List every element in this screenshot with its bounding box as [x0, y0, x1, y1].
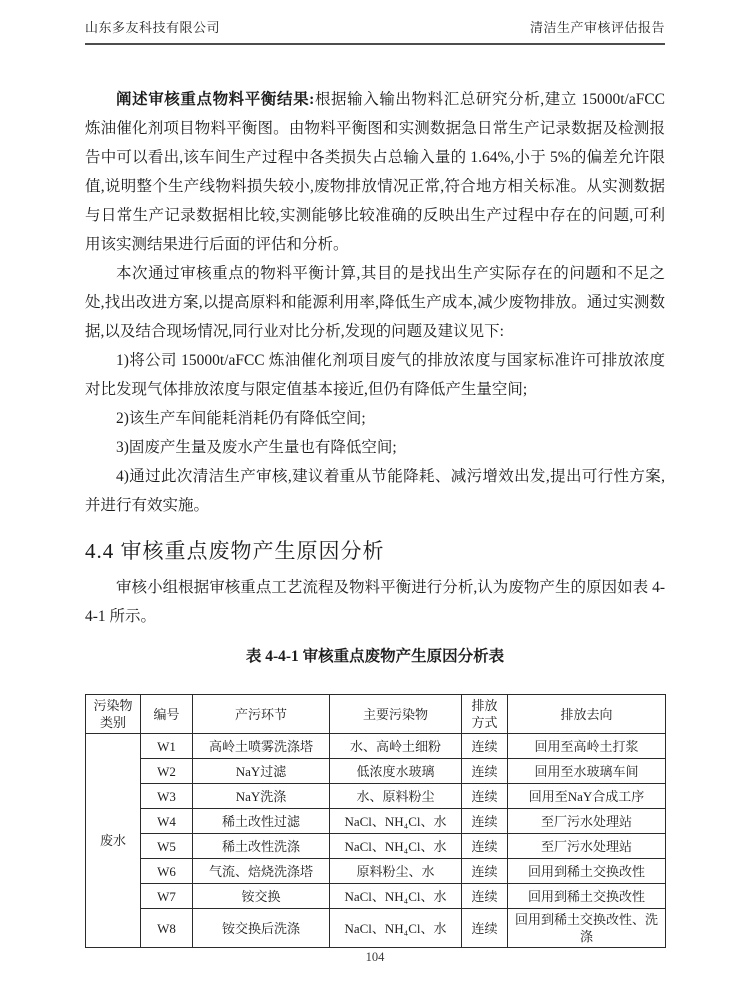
cell-mode: 连续 [462, 784, 508, 809]
cell-pollutants: 原料粉尘、水 [330, 859, 462, 884]
col-header-process: 产污环节 [193, 695, 330, 734]
page-header: 山东多友科技有限公司 清洁生产审核评估报告 [85, 0, 665, 45]
page-number: 104 [0, 950, 750, 965]
cell-destination: 至厂污水处理站 [508, 809, 666, 834]
paragraph-audit-purpose: 本次通过审核重点的物料平衡计算,其目的是找出生产实际存在的问题和不足之处,找出改… [85, 259, 665, 346]
list-item-2: 2)该生产车间能耗消耗仍有降低空间; [85, 404, 665, 433]
cell-id: W2 [141, 759, 193, 784]
list-item-1: 1)将公司 15000t/aFCC 炼油催化剂项目废气的排放浓度与国家标准许可排… [85, 346, 665, 404]
cell-process: 铵交换 [193, 884, 330, 909]
cell-mode: 连续 [462, 909, 508, 948]
table-row: W7 铵交换 NaCl、NH₄Cl、水 连续 回用到稀土交换改性 [86, 884, 666, 909]
cell-process: 高岭土喷雾洗涤塔 [193, 734, 330, 759]
col-header-id: 编号 [141, 695, 193, 734]
document-page: 山东多友科技有限公司 清洁生产审核评估报告 阐述审核重点物料平衡结果:根据输入输… [0, 0, 750, 992]
cell-id: W1 [141, 734, 193, 759]
cell-pollutants: 水、原料粉尘 [330, 784, 462, 809]
cell-process: NaY洗涤 [193, 784, 330, 809]
col-header-destination: 排放去向 [508, 695, 666, 734]
cell-id: W3 [141, 784, 193, 809]
cell-mode: 连续 [462, 834, 508, 859]
cell-pollutants: 水、高岭土细粉 [330, 734, 462, 759]
cell-destination: 回用到稀土交换改性 [508, 884, 666, 909]
section-intro: 审核小组根据审核重点工艺流程及物料平衡进行分析,认为废物产生的原因如表 4-4-… [85, 573, 665, 631]
table-header-row: 污染物 类别 编号 产污环节 主要污染物 排放 方式 排放去向 [86, 695, 666, 734]
table-row: 废水 W1 高岭土喷雾洗涤塔 水、高岭土细粉 连续 回用至高岭土打浆 [86, 734, 666, 759]
list-item-4: 4)通过此次清洁生产审核,建议着重从节能降耗、减污增效出发,提出可行性方案,并进… [85, 462, 665, 520]
cell-process: 铵交换后洗涤 [193, 909, 330, 948]
cell-process: NaY过滤 [193, 759, 330, 784]
table-row: W2 NaY过滤 低浓度水玻璃 连续 回用至水玻璃车间 [86, 759, 666, 784]
category-cell-wastewater: 废水 [86, 734, 141, 948]
cell-pollutants: NaCl、NH₄Cl、水 [330, 834, 462, 859]
cell-destination: 至厂污水处理站 [508, 834, 666, 859]
table-row: W5 稀土改性洗涤 NaCl、NH₄Cl、水 连续 至厂污水处理站 [86, 834, 666, 859]
cell-destination: 回用到稀土交换改性 [508, 859, 666, 884]
cell-id: W7 [141, 884, 193, 909]
cell-destination: 回用到稀土交换改性、洗涤 [508, 909, 666, 948]
body-text: 阐述审核重点物料平衡结果:根据输入输出物料汇总研究分析,建立 15000t/aF… [85, 85, 665, 520]
cell-mode: 连续 [462, 734, 508, 759]
col-header-category: 污染物 类别 [86, 695, 141, 734]
list-item-3: 3)固废产生量及废水产生量也有降低空间; [85, 433, 665, 462]
cell-destination: 回用至水玻璃车间 [508, 759, 666, 784]
cell-pollutants: 低浓度水玻璃 [330, 759, 462, 784]
cell-pollutants: NaCl、NH₄Cl、水 [330, 909, 462, 948]
cell-mode: 连续 [462, 809, 508, 834]
cell-id: W4 [141, 809, 193, 834]
cell-pollutants: NaCl、NH₄Cl、水 [330, 809, 462, 834]
table-row: W8 铵交换后洗涤 NaCl、NH₄Cl、水 连续 回用到稀土交换改性、洗涤 [86, 909, 666, 948]
paragraph-lead-rest: 根据输入输出物料汇总研究分析,建立 15000t/aFCC 炼油催化剂项目物料平… [85, 91, 665, 253]
table-row: W6 气流、焙烧洗涤塔 原料粉尘、水 连续 回用到稀土交换改性 [86, 859, 666, 884]
cell-process: 稀土改性过滤 [193, 809, 330, 834]
cell-process: 气流、焙烧洗涤塔 [193, 859, 330, 884]
cell-mode: 连续 [462, 884, 508, 909]
col-header-pollutants: 主要污染物 [330, 695, 462, 734]
table-caption: 表 4-4-1 审核重点废物产生原因分析表 [85, 645, 665, 669]
cell-id: W6 [141, 859, 193, 884]
cell-mode: 连续 [462, 759, 508, 784]
header-report-title: 清洁生产审核评估报告 [530, 17, 665, 36]
col-header-mode: 排放 方式 [462, 695, 508, 734]
header-company-name: 山东多友科技有限公司 [85, 17, 220, 36]
table-row: W3 NaY洗涤 水、原料粉尘 连续 回用至NaY合成工序 [86, 784, 666, 809]
cell-process: 稀土改性洗涤 [193, 834, 330, 859]
paragraph-lead-bold: 阐述审核重点物料平衡结果: [116, 91, 314, 108]
cell-mode: 连续 [462, 859, 508, 884]
pollution-cause-table: 污染物 类别 编号 产污环节 主要污染物 排放 方式 排放去向 废水 W1 高岭… [85, 694, 666, 948]
cell-destination: 回用至高岭土打浆 [508, 734, 666, 759]
paragraph-material-balance: 阐述审核重点物料平衡结果:根据输入输出物料汇总研究分析,建立 15000t/aF… [85, 85, 665, 259]
cell-pollutants: NaCl、NH₄Cl、水 [330, 884, 462, 909]
section-heading-4-4: 4.4 审核重点废物产生原因分析 [85, 535, 665, 567]
cell-id: W8 [141, 909, 193, 948]
paragraph-table-intro: 审核小组根据审核重点工艺流程及物料平衡进行分析,认为废物产生的原因如表 4-4-… [85, 573, 665, 631]
cell-id: W5 [141, 834, 193, 859]
table-row: W4 稀土改性过滤 NaCl、NH₄Cl、水 连续 至厂污水处理站 [86, 809, 666, 834]
cell-destination: 回用至NaY合成工序 [508, 784, 666, 809]
